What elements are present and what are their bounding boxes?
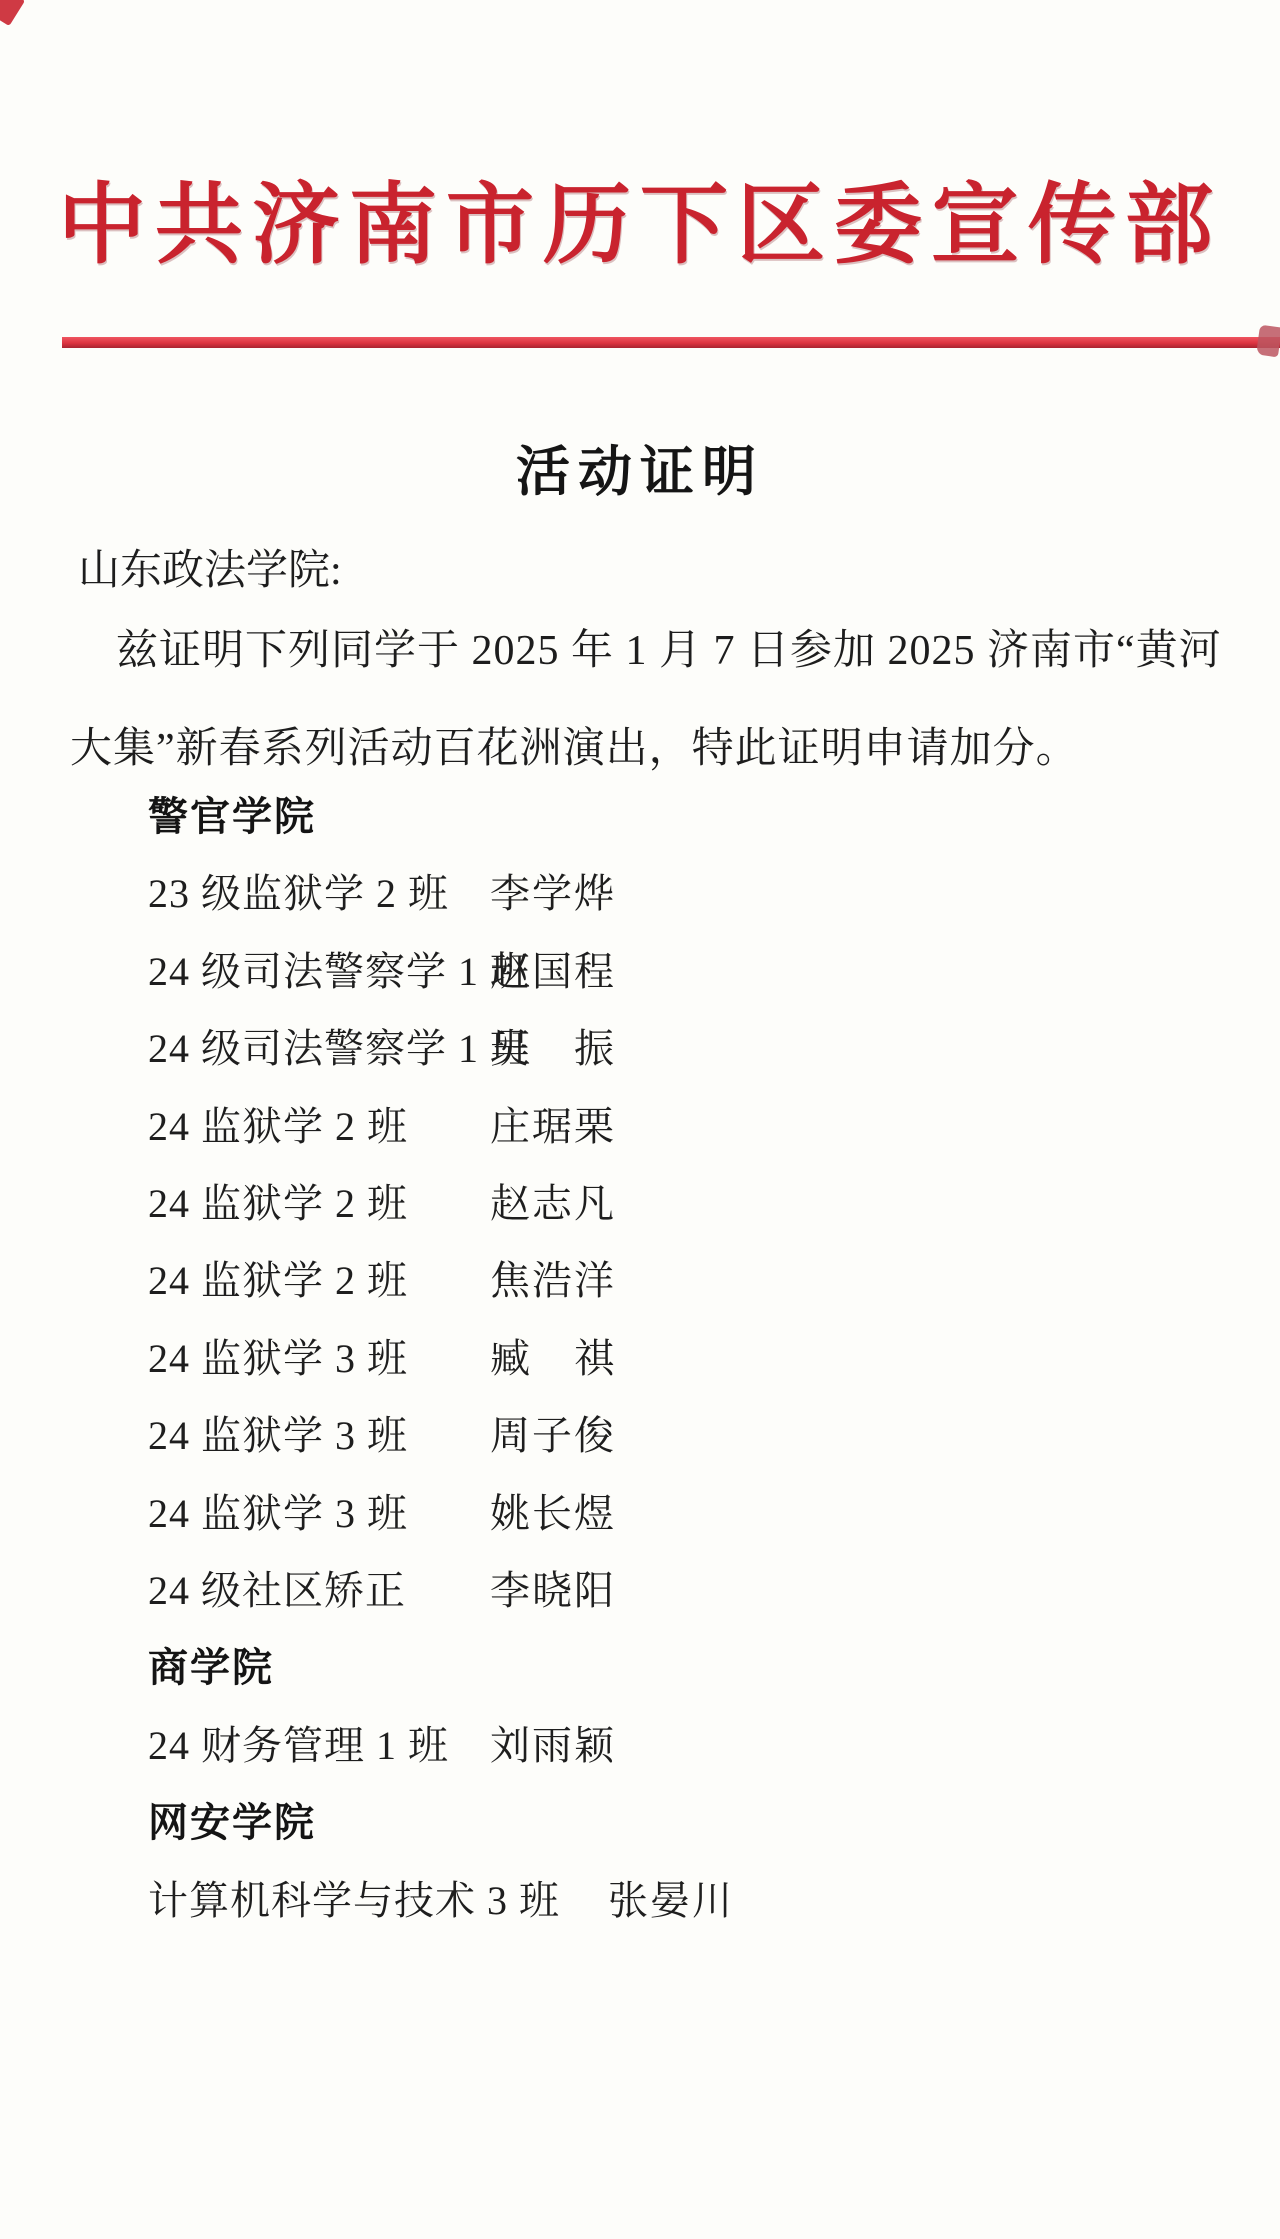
class-label: 24 级司法警察学 1 班: [148, 1026, 531, 1071]
roster-entry-row: 计算机科学与技术 3 班张晏川: [148, 1879, 734, 1923]
roster-entry-row: 24 监狱学 3 班周子俊: [148, 1414, 408, 1458]
student-name: 吴 振: [490, 1027, 616, 1071]
student-name: 刘雨颖: [490, 1724, 616, 1768]
section-label: 商学院: [148, 1646, 274, 1690]
roster-entry-row: 24 级司法警察学 1 班吴 振: [148, 1027, 531, 1071]
student-name: 赵国程: [490, 950, 616, 994]
roster-section-header: 网安学院: [148, 1801, 316, 1845]
student-name: 李学烨: [490, 872, 616, 916]
class-label: 24 监狱学 3 班: [148, 1413, 408, 1458]
class-label: 24 监狱学 3 班: [148, 1336, 408, 1381]
class-label: 24 级社区矫正: [148, 1568, 406, 1613]
roster-section-header: 警官学院: [148, 795, 316, 839]
roster-section-header: 商学院: [148, 1646, 274, 1690]
roster-entry-row: 24 监狱学 3 班臧 祺: [148, 1337, 408, 1381]
roster-entry-row: 23 级监狱学 2 班李学烨: [148, 872, 449, 916]
student-name: 张晏川: [608, 1878, 734, 1923]
class-label: 24 监狱学 2 班: [148, 1258, 408, 1303]
class-label: 23 级监狱学 2 班: [148, 871, 449, 916]
student-name: 李晓阳: [490, 1569, 616, 1613]
student-name: 赵志凡: [490, 1182, 616, 1226]
scanned-certificate-page: 中共济南市历下区委宣传部 活动证明 山东政法学院: 兹证明下列同学于 2025 …: [0, 0, 1280, 2239]
roster-entry-row: 24 级司法警察学 1 班赵国程: [148, 950, 531, 994]
student-name: 臧 祺: [490, 1337, 616, 1381]
roster-entry-row: 24 监狱学 2 班赵志凡: [148, 1182, 408, 1226]
student-name: 焦浩洋: [490, 1259, 616, 1303]
section-label: 警官学院: [148, 795, 316, 839]
class-label: 24 监狱学 2 班: [148, 1181, 408, 1226]
roster-entry-row: 24 级社区矫正李晓阳: [148, 1569, 406, 1613]
class-label: 计算机科学与技术 3 班: [148, 1878, 560, 1923]
roster-entry-row: 24 财务管理 1 班刘雨颖: [148, 1724, 449, 1768]
class-label: 24 级司法警察学 1 班: [148, 949, 531, 994]
student-roster: 警官学院23 级监狱学 2 班李学烨24 级司法警察学 1 班赵国程24 级司法…: [0, 0, 1280, 2239]
roster-entry-row: 24 监狱学 2 班庄琚栗: [148, 1105, 408, 1149]
roster-entry-row: 24 监狱学 3 班姚长煜: [148, 1492, 408, 1536]
student-name: 庄琚栗: [490, 1105, 616, 1149]
roster-entry-row: 24 监狱学 2 班焦浩洋: [148, 1259, 408, 1303]
student-name: 姚长煜: [490, 1492, 616, 1536]
section-label: 网安学院: [148, 1801, 316, 1845]
class-label: 24 财务管理 1 班: [148, 1723, 449, 1768]
class-label: 24 监狱学 3 班: [148, 1491, 408, 1536]
student-name: 周子俊: [490, 1414, 616, 1458]
class-label: 24 监狱学 2 班: [148, 1104, 408, 1149]
